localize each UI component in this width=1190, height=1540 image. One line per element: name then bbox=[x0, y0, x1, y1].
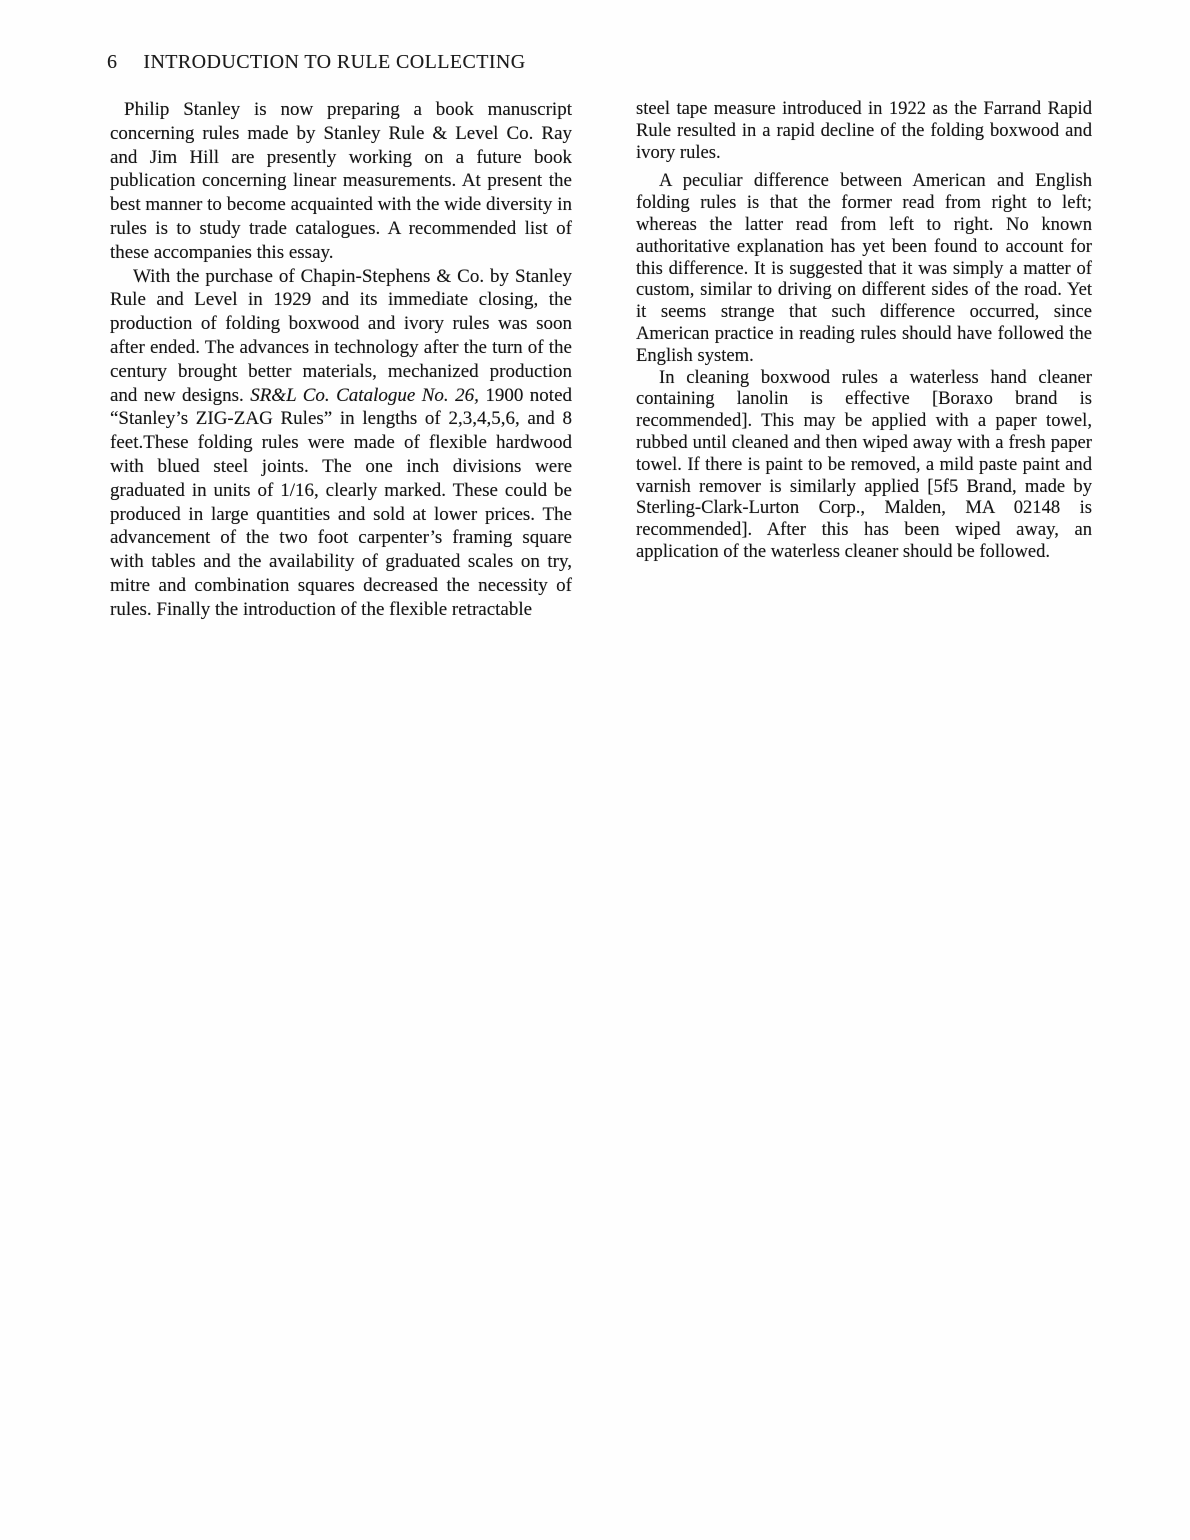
book-page: 6 INTRODUCTION TO RULE COLLECTING Philip… bbox=[0, 0, 1190, 1540]
two-column-body: Philip Stanley is now preparing a book m… bbox=[110, 98, 1092, 622]
right-column: steel tape measure introduced in 1922 as… bbox=[636, 98, 1092, 622]
paragraph-peculiar-difference: A peculiar difference between American a… bbox=[636, 170, 1092, 366]
catalogue-title-italic: SR&L Co. Catalogue No. 26, bbox=[250, 385, 479, 406]
left-column: Philip Stanley is now preparing a book m… bbox=[110, 98, 572, 622]
paragraph-text: 1900 noted “Stanley’s ZIG-ZAG Rules” in … bbox=[110, 385, 572, 620]
paragraph-philip-stanley: Philip Stanley is now preparing a book m… bbox=[110, 98, 572, 265]
paragraph-chapin-stephens: With the purchase of Chapin-Stephens & C… bbox=[110, 265, 572, 622]
running-header: 6 INTRODUCTION TO RULE COLLECTING bbox=[107, 51, 526, 74]
paragraph-steel-tape: steel tape measure introduced in 1922 as… bbox=[636, 98, 1092, 163]
page-number: 6 bbox=[107, 51, 117, 74]
running-title: INTRODUCTION TO RULE COLLECTING bbox=[143, 51, 525, 74]
paragraph-cleaning-boxwood: In cleaning boxwood rules a waterless ha… bbox=[636, 367, 1092, 563]
